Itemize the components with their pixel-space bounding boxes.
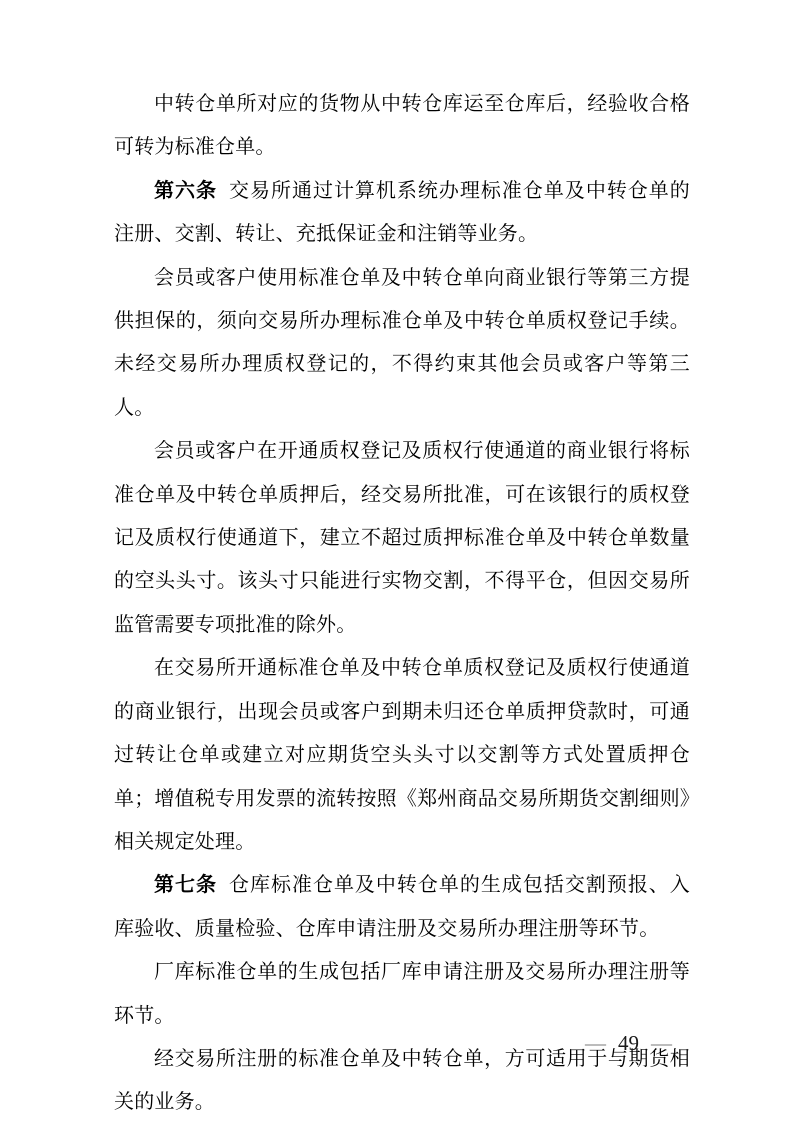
page-footer: —49— xyxy=(585,1028,672,1058)
paragraph: 会员或客户使用标准仓单及中转仓单向商业银行等第三方提供担保的，须向交易所办理标准… xyxy=(114,257,690,431)
paragraph-text: 中转仓单所对应的货物从中转仓库运至仓库后，经验收合格可转为标准仓单。 xyxy=(114,93,690,158)
document-body: 中转仓单所对应的货物从中转仓库运至仓库后，经验收合格可转为标准仓单。 第六条交易… xyxy=(114,83,690,1122)
paragraph-text: 在交易所开通标准仓单及中转仓单质权登记及质权行使通道的商业银行，出现会员或客户到… xyxy=(114,657,690,853)
paragraph-text: 会员或客户使用标准仓单及中转仓单向商业银行等第三方提供担保的，须向交易所办理标准… xyxy=(114,267,690,419)
paragraph: 厂库标准仓单的生成包括厂库申请注册及交易所办理注册等环节。 xyxy=(114,951,690,1038)
paragraph-text: 会员或客户在开通质权登记及质权行使通道的商业银行将标准仓单及中转仓单质押后，经交… xyxy=(114,440,690,636)
paragraph: 中转仓单所对应的货物从中转仓库运至仓库后，经验收合格可转为标准仓单。 xyxy=(114,83,690,170)
paragraph-text: 厂库标准仓单的生成包括厂库申请注册及交易所办理注册等环节。 xyxy=(114,961,690,1026)
article-number: 第七条 xyxy=(154,874,217,896)
paragraph: 会员或客户在开通质权登记及质权行使通道的商业银行将标准仓单及中转仓单质押后，经交… xyxy=(114,430,690,647)
paragraph: 在交易所开通标准仓单及中转仓单质权登记及质权行使通道的商业银行，出现会员或客户到… xyxy=(114,647,690,864)
footer-left-dash: — xyxy=(585,1031,606,1055)
document-page: 中转仓单所对应的货物从中转仓库运至仓库后，经验收合格可转为标准仓单。 第六条交易… xyxy=(0,0,793,1122)
paragraph: 第六条交易所通过计算机系统办理标准仓单及中转仓单的注册、交割、转让、充抵保证金和… xyxy=(114,170,690,257)
footer-right-dash: — xyxy=(651,1031,672,1055)
article-number: 第六条 xyxy=(154,180,217,202)
paragraph: 第七条仓库标准仓单及中转仓单的生成包括交割预报、入库验收、质量检验、仓库申请注册… xyxy=(114,864,690,951)
page-number: 49 xyxy=(618,1031,639,1055)
